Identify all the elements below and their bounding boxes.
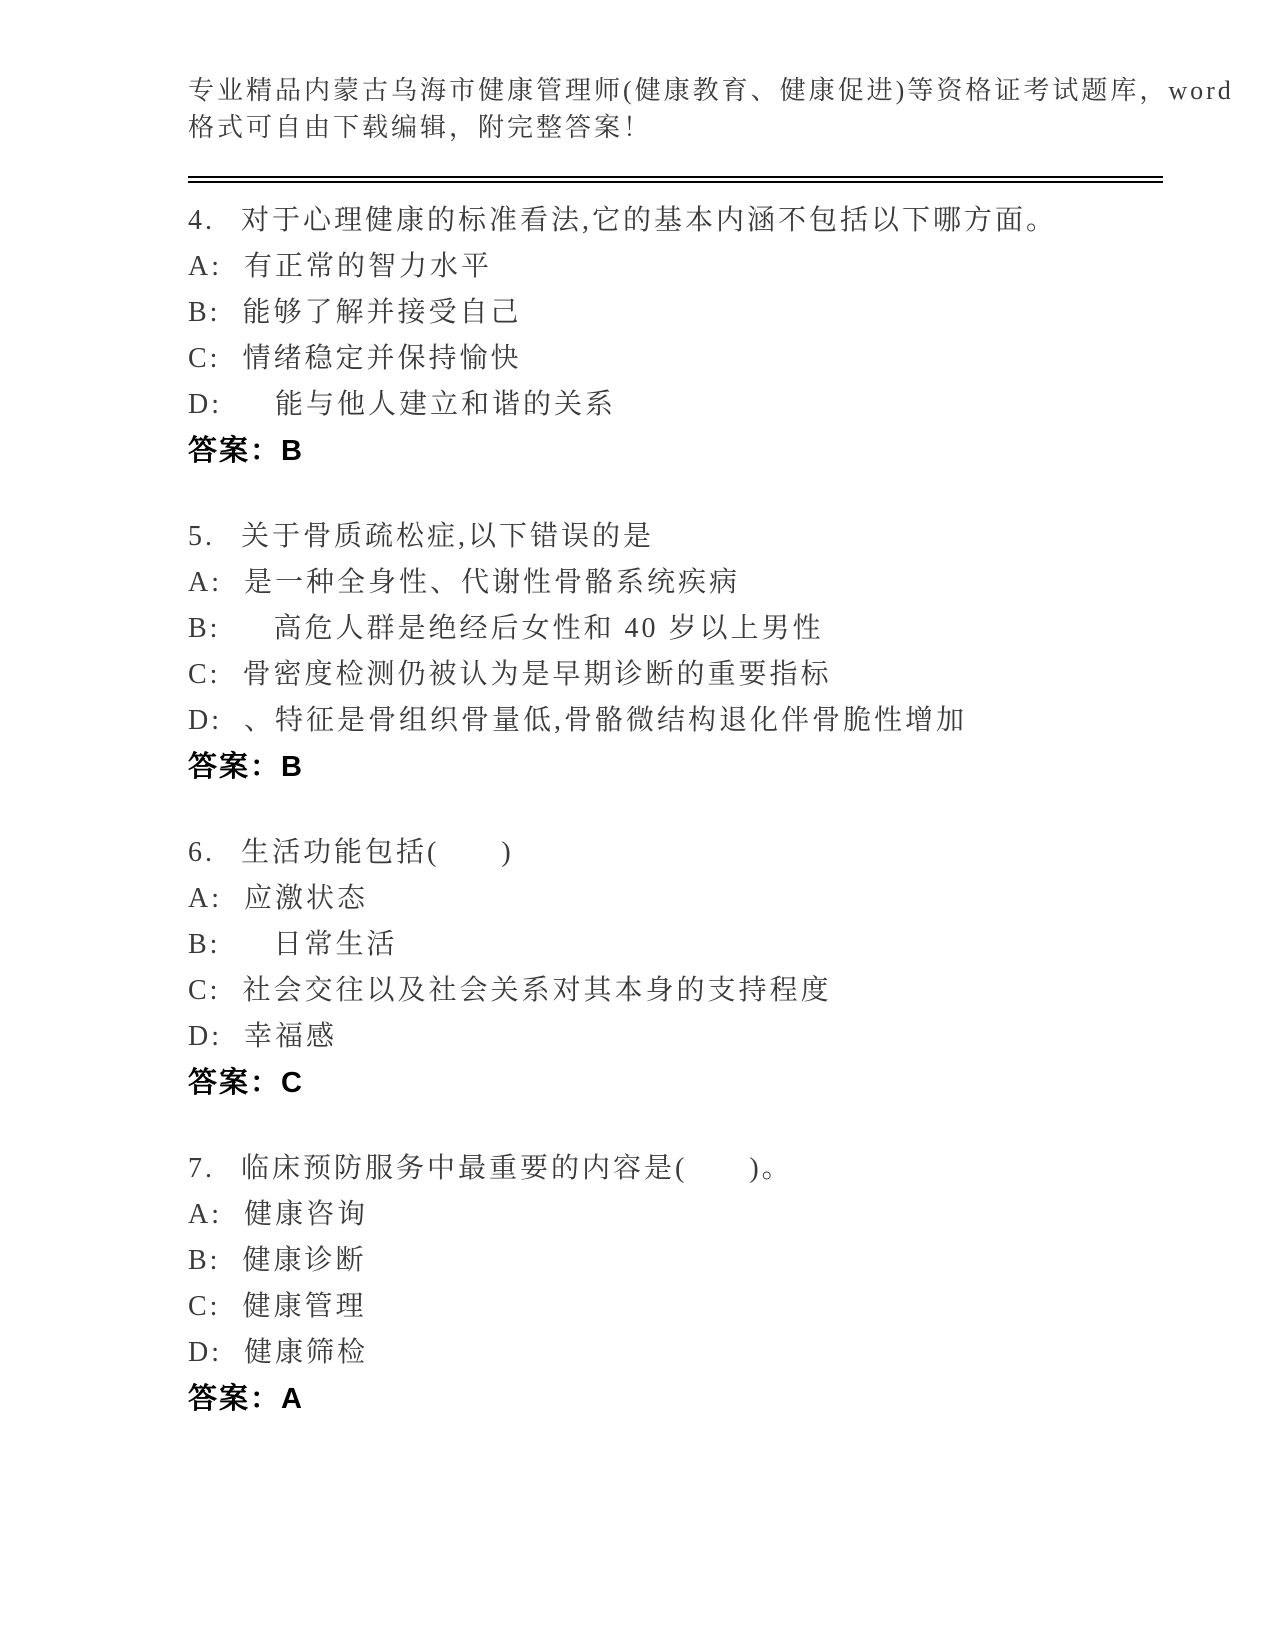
document-page: 专业精品内蒙古乌海市健康管理师(健康教育、健康促进)等资格证考试题库，word … — [188, 72, 1188, 1422]
answer-label: 答案： — [188, 1067, 281, 1099]
option-letter: B: — [188, 297, 220, 328]
option-letter: D: — [188, 1337, 222, 1368]
option-b: B:能够了解并接受自己 — [188, 290, 1188, 336]
option-a: A:有正常的智力水平 — [188, 244, 1188, 290]
answer-label: 答案： — [188, 751, 281, 783]
option-text: 健康筛检 — [244, 1337, 368, 1368]
option-letter: B: — [188, 613, 220, 644]
answer-label: 答案： — [188, 1383, 281, 1415]
question-4: 4.对于心理健康的标准看法,它的基本内涵不包括以下哪方面。 A:有正常的智力水平… — [188, 198, 1188, 474]
option-d: D:幸福感 — [188, 1014, 1188, 1060]
answer-label: 答案： — [188, 435, 281, 467]
option-text: 能与他人建立和谐的关系 — [244, 389, 616, 420]
option-d: D: 能与他人建立和谐的关系 — [188, 382, 1188, 428]
answer-value: B — [281, 435, 304, 467]
option-text: 日常生活 — [242, 929, 397, 960]
answer-value: B — [281, 751, 304, 783]
question-title: 5.关于骨质疏松症,以下错误的是 — [188, 514, 1188, 560]
option-letter: C: — [188, 343, 220, 374]
question-text: 对于心理健康的标准看法,它的基本内涵不包括以下哪方面。 — [241, 205, 1057, 236]
answer-value: A — [281, 1383, 304, 1415]
header-line-2: 格式可自由下载编辑，附完整答案！ — [188, 109, 1188, 146]
option-a: A:健康咨询 — [188, 1192, 1188, 1238]
option-text: 健康咨询 — [244, 1199, 368, 1230]
option-letter: D: — [188, 705, 222, 736]
question-text: 临床预防服务中最重要的内容是( )。 — [241, 1153, 793, 1184]
option-letter: A: — [188, 883, 222, 914]
option-letter: A: — [188, 1199, 222, 1230]
option-b: B: 高危人群是绝经后女性和 40 岁以上男性 — [188, 606, 1188, 652]
option-c: C:社会交往以及社会关系对其本身的支持程度 — [188, 968, 1188, 1014]
option-c: C:骨密度检测仍被认为是早期诊断的重要指标 — [188, 652, 1188, 698]
option-text: 是一种全身性、代谢性骨骼系统疾病 — [244, 567, 740, 598]
question-title: 4.对于心理健康的标准看法,它的基本内涵不包括以下哪方面。 — [188, 198, 1188, 244]
option-letter: C: — [188, 1291, 220, 1322]
answer-value: C — [281, 1067, 304, 1099]
question-text: 关于骨质疏松症,以下错误的是 — [241, 521, 654, 552]
option-letter: C: — [188, 975, 220, 1006]
option-c: C:健康管理 — [188, 1284, 1188, 1330]
question-5: 5.关于骨质疏松症,以下错误的是 A:是一种全身性、代谢性骨骼系统疾病 B: 高… — [188, 514, 1188, 790]
option-text: 幸福感 — [244, 1021, 337, 1052]
option-text: 高危人群是绝经后女性和 40 岁以上男性 — [242, 613, 823, 644]
doc-header: 专业精品内蒙古乌海市健康管理师(健康教育、健康促进)等资格证考试题库，word … — [188, 72, 1188, 146]
question-number: 5. — [188, 521, 215, 552]
option-a: A:应激状态 — [188, 876, 1188, 922]
answer-line: 答案：A — [188, 1376, 1188, 1422]
question-number: 4. — [188, 205, 215, 236]
option-a: A:是一种全身性、代谢性骨骼系统疾病 — [188, 560, 1188, 606]
option-text: 骨密度检测仍被认为是早期诊断的重要指标 — [242, 659, 831, 690]
option-letter: D: — [188, 1021, 222, 1052]
option-b: B:健康诊断 — [188, 1238, 1188, 1284]
option-text: 健康管理 — [242, 1291, 366, 1322]
question-list: 4.对于心理健康的标准看法,它的基本内涵不包括以下哪方面。 A:有正常的智力水平… — [188, 198, 1188, 1422]
option-text: 社会交往以及社会关系对其本身的支持程度 — [242, 975, 831, 1006]
option-letter: B: — [188, 1245, 220, 1276]
option-b: B: 日常生活 — [188, 922, 1188, 968]
question-number: 7. — [188, 1153, 215, 1184]
option-text: 健康诊断 — [242, 1245, 366, 1276]
answer-line: 答案：B — [188, 744, 1188, 790]
option-letter: C: — [188, 659, 220, 690]
option-letter: A: — [188, 251, 222, 282]
question-text: 生活功能包括( ) — [241, 837, 514, 868]
option-letter: A: — [188, 567, 222, 598]
option-text: 能够了解并接受自己 — [242, 297, 521, 328]
option-letter: B: — [188, 929, 220, 960]
question-6: 6.生活功能包括( ) A:应激状态 B: 日常生活 C:社会交往以及社会关系对… — [188, 830, 1188, 1106]
question-7: 7.临床预防服务中最重要的内容是( )。 A:健康咨询 B:健康诊断 C:健康管… — [188, 1146, 1188, 1422]
option-text: 应激状态 — [244, 883, 368, 914]
question-title: 7.临床预防服务中最重要的内容是( )。 — [188, 1146, 1188, 1192]
option-d: D:健康筛检 — [188, 1330, 1188, 1376]
answer-line: 答案：B — [188, 428, 1188, 474]
option-c: C:情绪稳定并保持愉快 — [188, 336, 1188, 382]
question-title: 6.生活功能包括( ) — [188, 830, 1188, 876]
header-line-1: 专业精品内蒙古乌海市健康管理师(健康教育、健康促进)等资格证考试题库，word — [188, 72, 1188, 109]
option-d: D:、特征是骨组织骨量低,骨骼微结构退化伴骨脆性增加 — [188, 698, 1188, 744]
header-separator — [188, 176, 1163, 183]
option-text: 情绪稳定并保持愉快 — [242, 343, 521, 374]
answer-line: 答案：C — [188, 1060, 1188, 1106]
question-number: 6. — [188, 837, 215, 868]
option-letter: D: — [188, 389, 222, 420]
option-text: 、特征是骨组织骨量低,骨骼微结构退化伴骨脆性增加 — [244, 705, 967, 736]
option-text: 有正常的智力水平 — [244, 251, 492, 282]
